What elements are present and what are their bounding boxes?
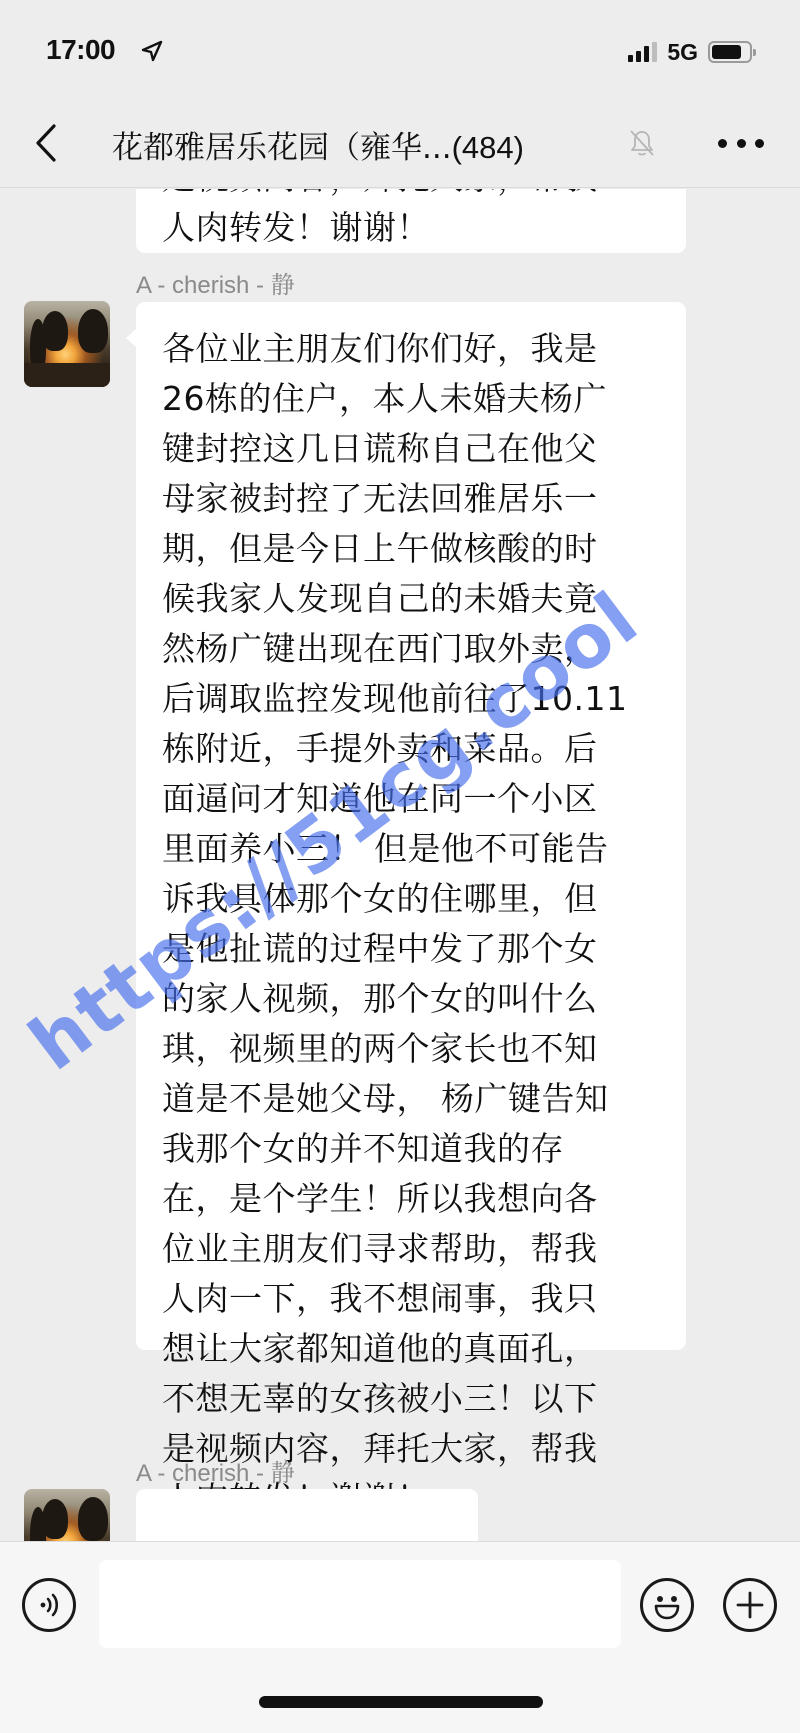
signal-strength-icon [628, 42, 657, 62]
message-input[interactable] [99, 1560, 621, 1648]
ellipsis-icon [718, 139, 727, 148]
more-actions-button[interactable] [723, 1578, 777, 1632]
sender-avatar[interactable] [24, 1489, 110, 1541]
sender-avatar[interactable] [24, 301, 110, 387]
more-options-button[interactable] [718, 126, 764, 160]
emoji-icon [647, 1585, 687, 1625]
message-line: 诉我具体那个女的住哪里，但 [162, 874, 660, 924]
status-bar: 17:00 5G [0, 0, 800, 100]
message-line: 后调取监控发现他前往了10.11 [162, 674, 660, 724]
group-name: 花都雅居乐花园（雍华... [112, 130, 452, 166]
message-line: 栋附近，手提外卖和菜品。后 [162, 724, 660, 774]
network-type: 5G [667, 39, 698, 66]
message-line: 母家被封控了无法回雅居乐一 [162, 474, 660, 524]
message-line: 26栋的住户，本人未婚夫杨广 [162, 374, 660, 424]
input-bar [0, 1541, 800, 1733]
status-indicators: 5G [628, 38, 752, 66]
message-bubble-previous[interactable]: 是视频内容，拜托大家，帮我 人肉转发！谢谢！ [136, 189, 686, 253]
message-line: 人肉转发！谢谢！ [162, 203, 660, 253]
location-arrow-icon [140, 39, 164, 63]
bell-muted-icon [628, 128, 656, 158]
message-line: 键封控这几日谎称自己在他父 [162, 424, 660, 474]
sender-name: A - cherish - 静 [136, 1453, 295, 1488]
battery-icon [708, 41, 752, 63]
message-line: 道是不是她父母， 杨广键告知 [162, 1074, 660, 1124]
message-bubble-main[interactable]: 各位业主朋友们你们好，我是 26栋的住户，本人未婚夫杨广 键封控这几日谎称自己在… [136, 302, 686, 1350]
message-line: 位业主朋友们寻求帮助，帮我 [162, 1224, 660, 1274]
chat-header: 花都雅居乐花园（雍华...(484) [0, 100, 800, 188]
back-button[interactable] [28, 120, 68, 166]
message-line: 里面养小三！ 但是他不可能告 [162, 824, 660, 874]
message-line: 候我家人发现自己的未婚夫竟 [162, 574, 660, 624]
message-list[interactable]: 是视频内容，拜托大家，帮我 人肉转发！谢谢！ A - cherish - 静 各… [0, 189, 800, 1541]
message-bubble-next[interactable] [136, 1489, 478, 1541]
message-line: 期，但是今日上午做核酸的时 [162, 524, 660, 574]
message-line: 面逼问才知道他在同一个小区 [162, 774, 660, 824]
emoji-button[interactable] [640, 1578, 694, 1632]
message-line: 我那个女的并不知道我的存 [162, 1124, 660, 1174]
message-line: 是视频内容，拜托大家，帮我 [162, 189, 660, 203]
message-line: 然杨广键出现在西门取外卖， [162, 624, 660, 674]
chat-title: 花都雅居乐花园（雍华...(484) [112, 122, 524, 167]
message-line: 琪，视频里的两个家长也不知 [162, 1024, 660, 1074]
member-count: (484) [452, 130, 524, 165]
message-line: 不想无辜的女孩被小三！以下 [162, 1374, 660, 1424]
voice-icon [34, 1590, 64, 1620]
message-line: 人肉一下，我不想闹事，我只 [162, 1274, 660, 1324]
plus-icon [734, 1589, 766, 1621]
status-time: 17:00 [46, 34, 115, 66]
message-line: 各位业主朋友们你们好，我是 [162, 324, 660, 374]
message-line: 在，是个学生！所以我想向各 [162, 1174, 660, 1224]
message-line: 是他扯谎的过程中发了那个女 [162, 924, 660, 974]
message-line: 想让大家都知道他的真面孔， [162, 1324, 660, 1374]
home-indicator[interactable] [259, 1696, 543, 1708]
message-line: 的家人视频，那个女的叫什么 [162, 974, 660, 1024]
voice-button[interactable] [22, 1578, 76, 1632]
sender-name: A - cherish - 静 [136, 265, 295, 300]
